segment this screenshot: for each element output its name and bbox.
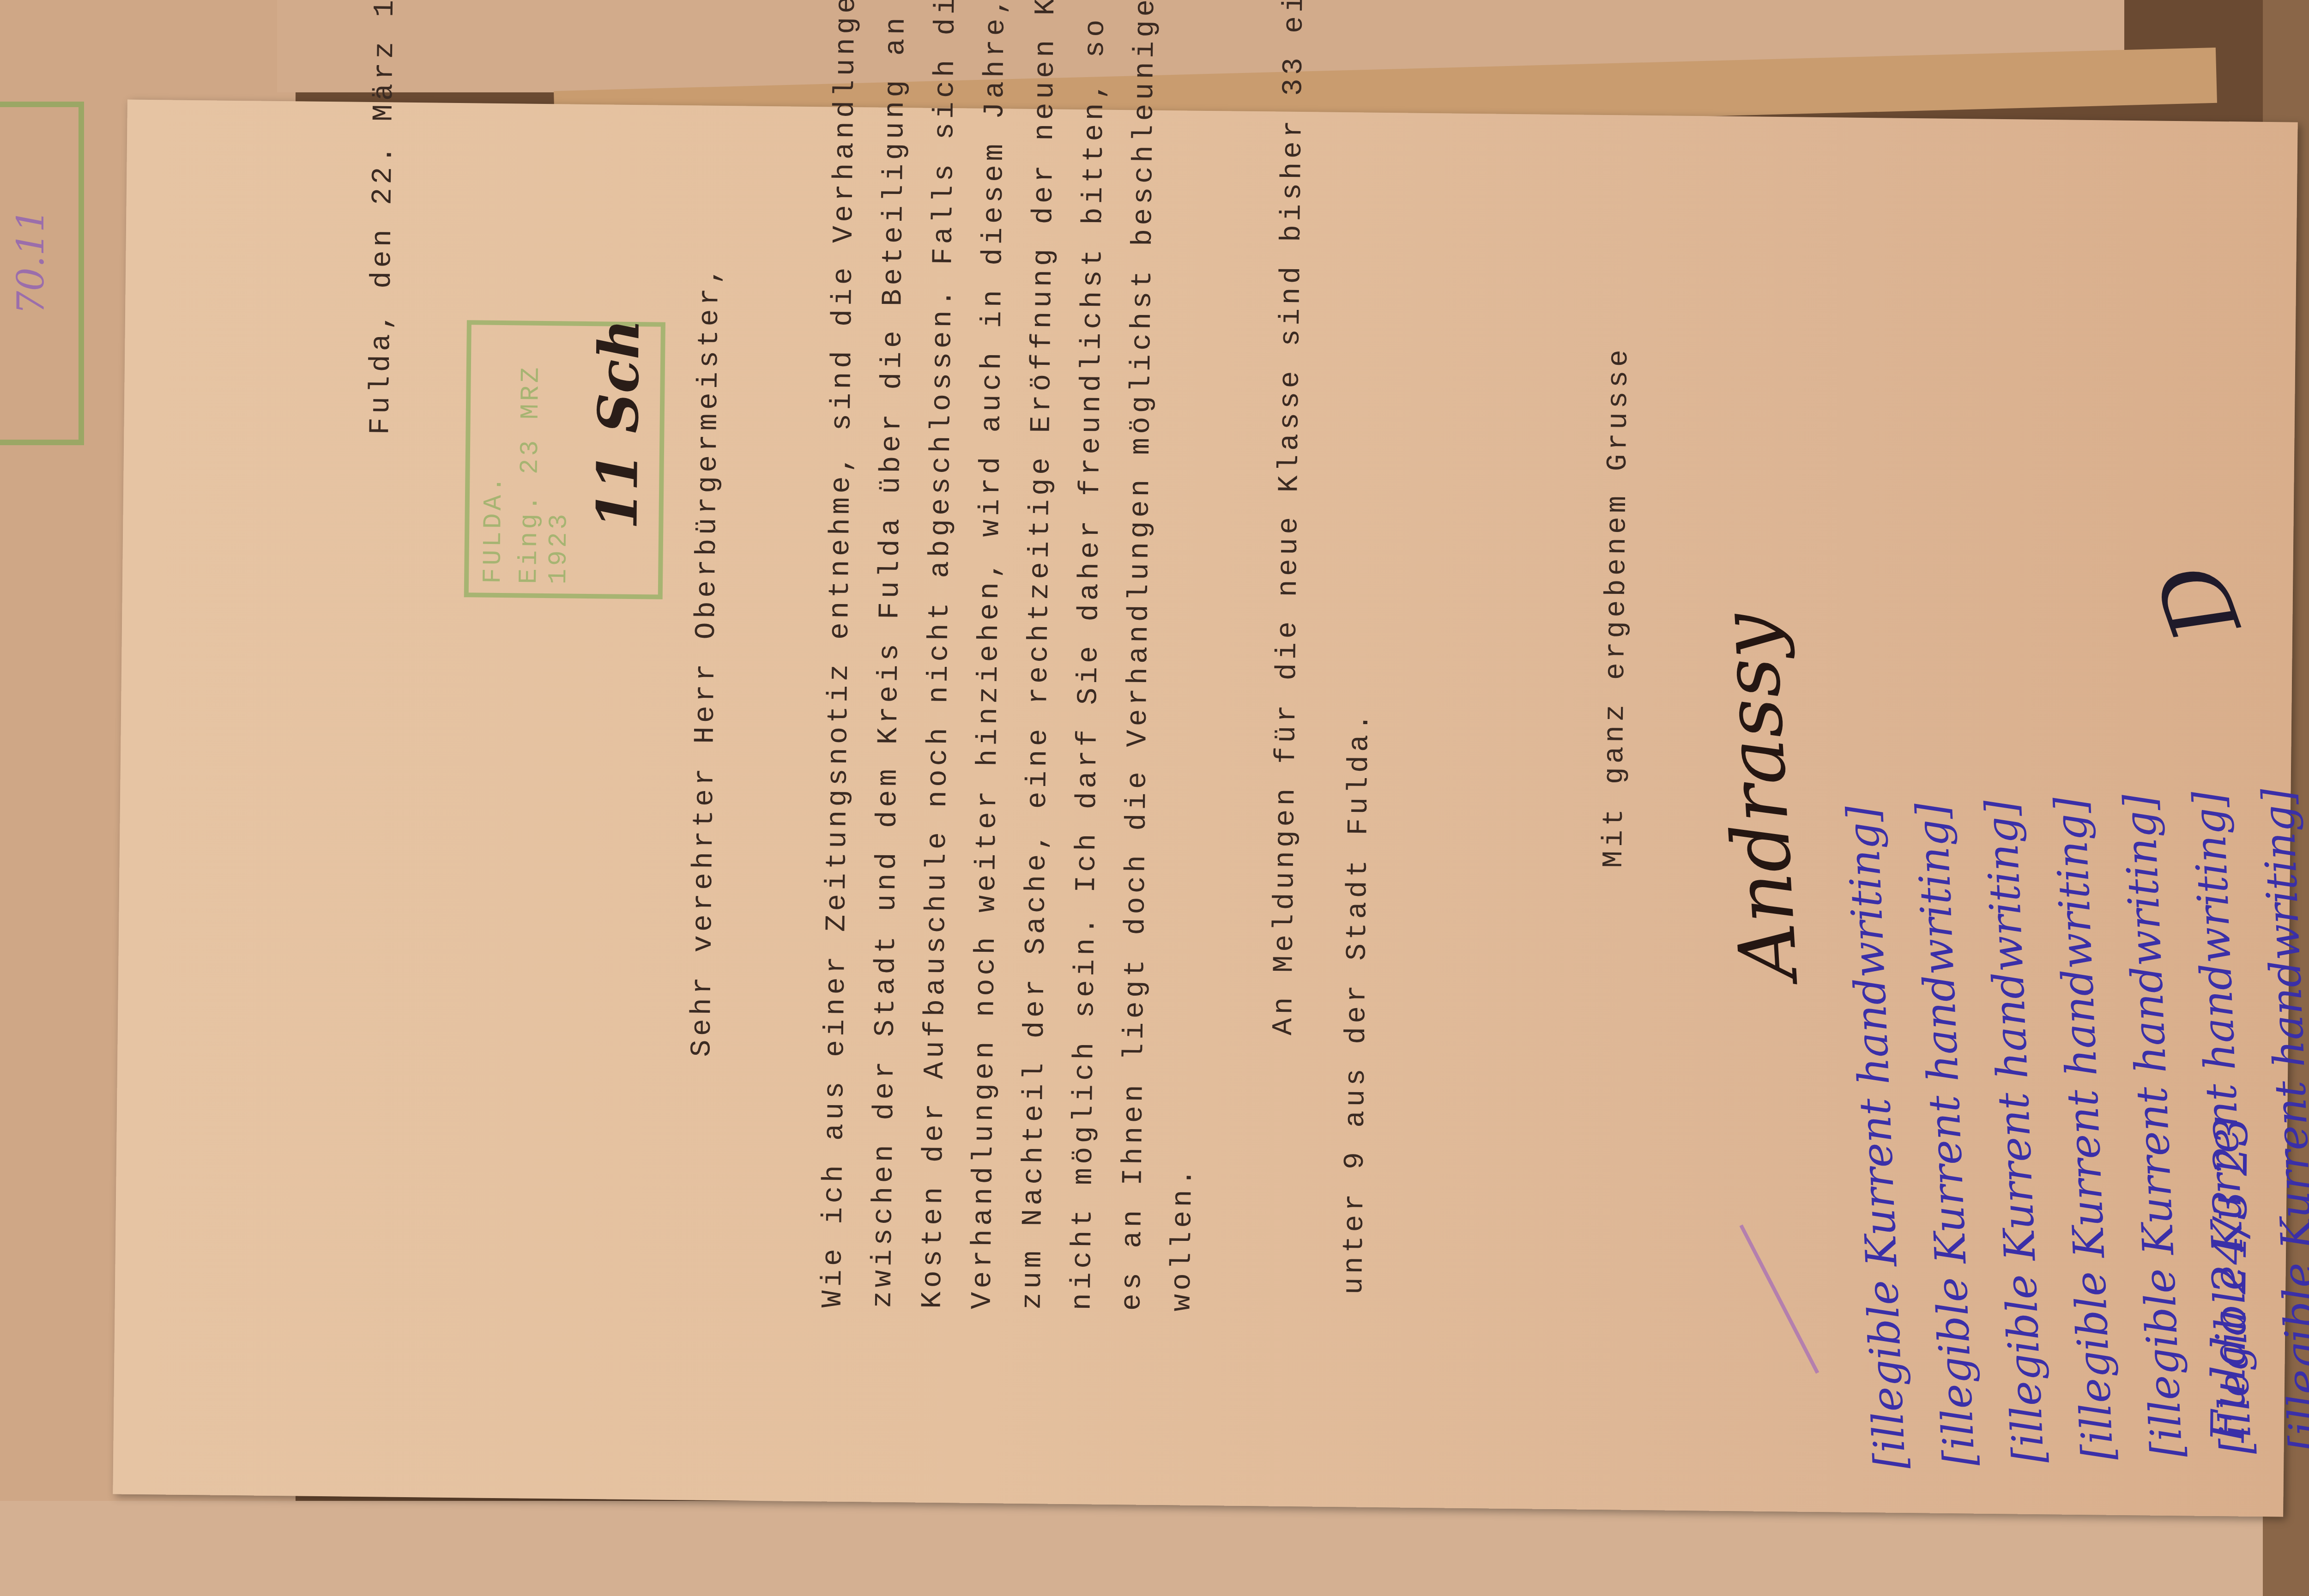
body-line: unter 9 aus der Stadt Fulda. [1329, 0, 1419, 1295]
letter-sheet: Fulda, den 22. März 1923. FULDA. Eing. 2… [113, 99, 2297, 1517]
handwritten-date: Fulda 24/3 23 [2201, 1117, 2258, 1443]
closing: Mit ganz ergebenem Grusse [1597, 346, 1636, 868]
stamp-line: FULDA. [478, 334, 510, 584]
margin-stamp-number: 70.11 [9, 209, 52, 314]
underlying-page-bottom [0, 1501, 2263, 1596]
signature: Andrassy [1703, 611, 1816, 983]
salutation: Sehr verehrter Herr Oberbürgermeister, [685, 263, 726, 1057]
letter-paragraph-2: An Meldungen für die neue Klasse sind bi… [1258, 0, 1419, 1037]
letter-page-rotated: Fulda, den 22. März 1923. FULDA. Eing. 2… [113, 99, 2297, 1517]
purple-pencil-mark [1740, 1224, 1819, 1373]
margin-stamp: 70.11 [0, 102, 84, 445]
stamp-initials: 11 Sch [585, 319, 652, 530]
letter-body: Wie ich aus einer Zeitungsnotiz entnehme… [808, 0, 1221, 1312]
body-line: An Meldungen für die neue Klasse sind bi… [1258, 0, 1346, 1036]
stamp-line: Eing. 23 MRZ 1923 [514, 334, 576, 584]
date-line: Fulda, den 22. März 1923. [364, 0, 402, 435]
